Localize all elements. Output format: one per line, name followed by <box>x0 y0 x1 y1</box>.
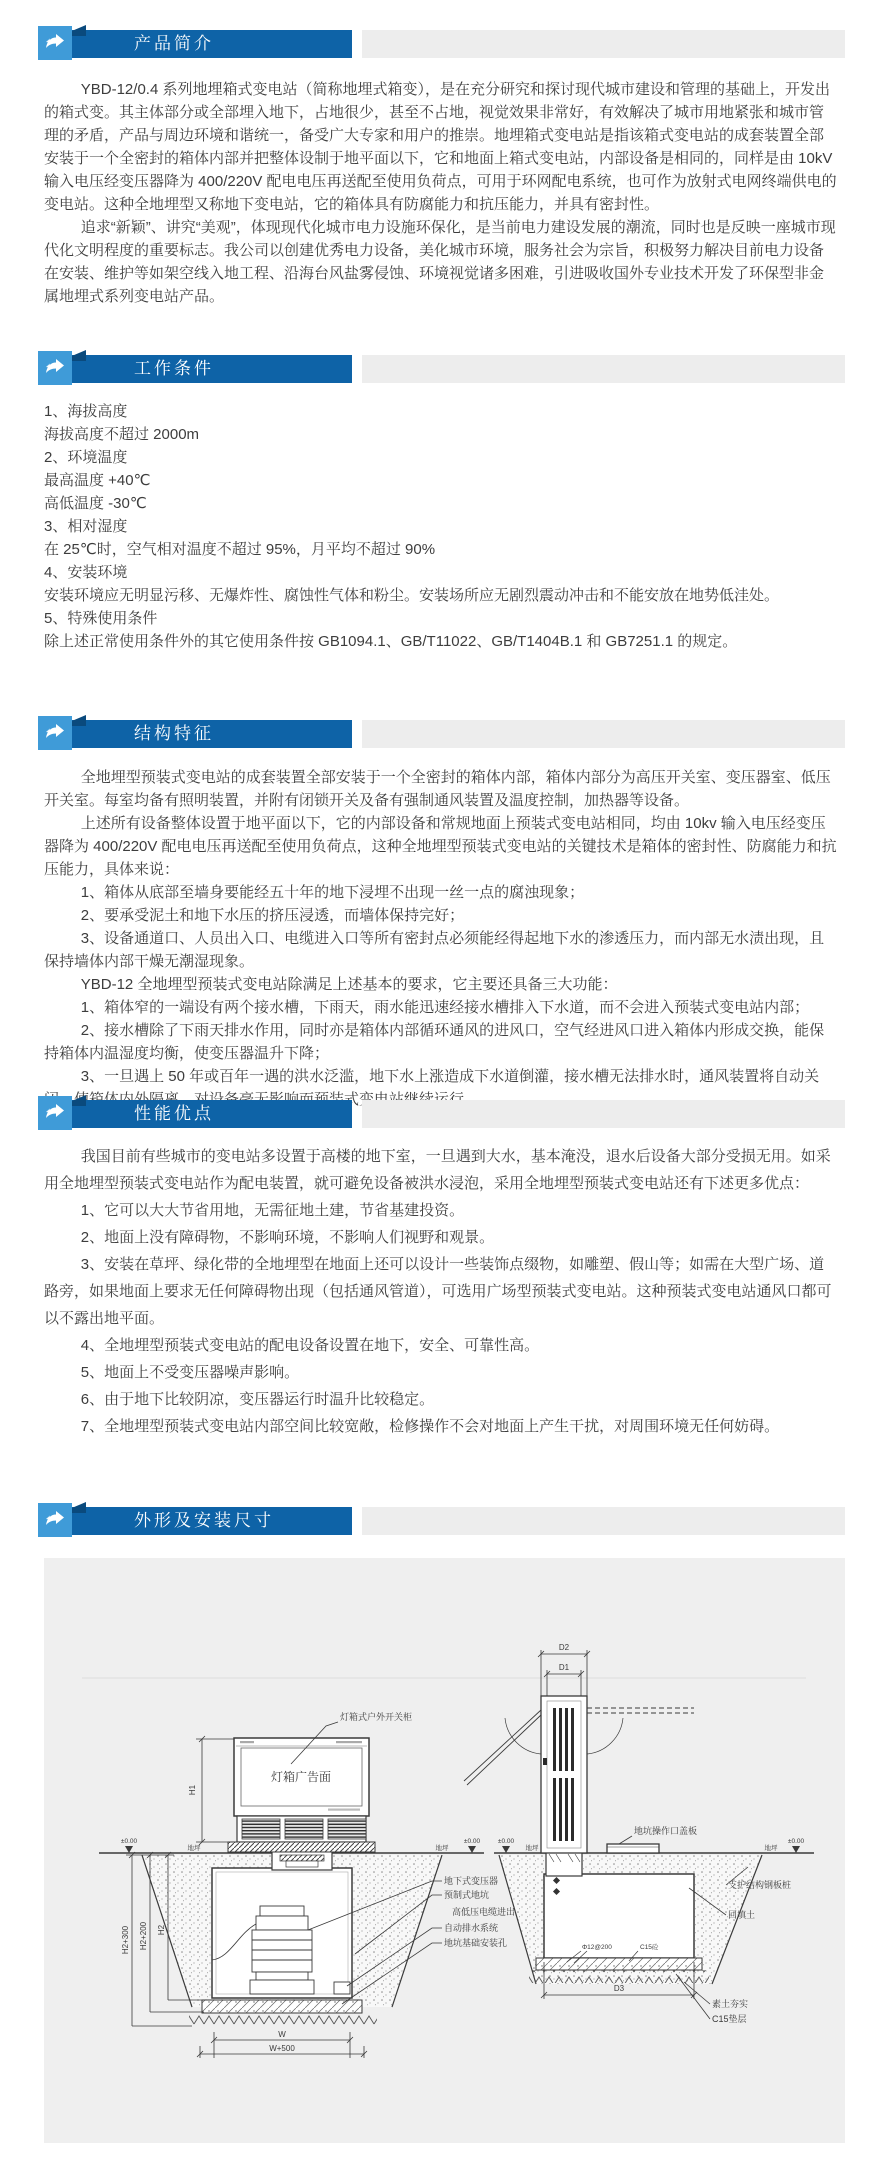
condition-line: 安装环境应无明显污移、无爆炸性、腐蚀性气体和粉尘。安装场所应无剧烈震动冲击和不能… <box>44 584 838 607</box>
installation-diagram: 灯箱式户外开关柜 灯箱广告面 H1 H2+300 H2+200 H2 W W+5… <box>44 1558 845 2143</box>
section-dimensions: 外形及安装尺寸 <box>0 1507 881 2147</box>
diagram-panel: 灯箱式户外开关柜 灯箱广告面 H1 H2+300 H2+200 H2 W W+5… <box>44 1558 845 2143</box>
dim-d3: D3 <box>614 1984 625 1993</box>
section-intro: 产品简介 YBD-12/0.4 系列地埋箱式变电站（简称地埋式箱变），是在充分研… <box>0 30 881 308</box>
condition-line: 在 25℃时，空气相对温度不超过 95%，月平均不超过 90% <box>44 538 838 561</box>
structure-paragraph: 2、要承受泥土和地下水压的挤压浸透，而墙体保持完好； <box>44 904 838 927</box>
label-steel-sheet-pile: 支护结构钢板桩 <box>728 1879 791 1890</box>
condition-line: 1、海拔高度 <box>44 400 838 423</box>
advantage-item: 2、地面上没有障碍物，不影响环境，不影响人们视野和观景。 <box>44 1224 838 1251</box>
advantage-item: 4、全地埋型预装式变电站的配电设备设置在地下，安全、可靠性高。 <box>44 1332 838 1359</box>
forward-arrows-icon <box>38 26 72 60</box>
dim-h1: H1 <box>188 1784 197 1795</box>
advantage-item: 6、由于地下比较阴凉，变压器运行时温升比较稳定。 <box>44 1386 838 1413</box>
section-title-bar: 结构特征 <box>72 720 352 748</box>
ground-level-mark: ±0.00 <box>464 1838 481 1845</box>
section-advantages: 性能优点 我国目前有些城市的变电站多设置于高楼的地下室，一旦遇到大水，基本淹没，… <box>0 1100 881 1440</box>
dim-h2: H2 <box>157 1924 166 1935</box>
condition-line: 2、环境温度 <box>44 446 838 469</box>
structure-paragraph: 2、接水槽除了下雨天排水作用，同时亦是箱体内部循环通风的进风口，空气经进风口进入… <box>44 1019 838 1065</box>
section-title: 产品简介 <box>134 30 214 58</box>
advantage-paragraph: 我国目前有些城市的变电站多设置于高楼的地下室，一旦遇到大水，基本淹没，退水后设备… <box>44 1143 838 1197</box>
label-lightbox-switchgear: 灯箱式户外开关柜 <box>340 1711 412 1722</box>
condition-line: 最高温度 +40℃ <box>44 469 838 492</box>
label-auto-drainage: 自动排水系统 <box>444 1922 498 1933</box>
ground-level-mark: ±0.00 <box>121 1838 138 1845</box>
section-header-conditions: 工作条件 <box>0 355 881 383</box>
advantage-item: 3、安装在草坪、绿化带的全地埋型在地面上还可以设计一些装饰点缀物，如雕塑、假山等… <box>44 1251 838 1332</box>
label-concrete: C15砼 <box>640 1942 659 1951</box>
header-strip <box>362 720 845 748</box>
section-header-dimensions: 外形及安装尺寸 <box>0 1507 881 1535</box>
structure-paragraph: 3、设备通道口、人员出入口、电缆进入口等所有密封点必须能经得起地下水的渗透压力，… <box>44 927 838 973</box>
structure-paragraph: 全地埋型预装式变电站的成套装置全部安装于一个全密封的箱体内部，箱体内部分为高压开… <box>44 766 838 812</box>
header-strip <box>362 1507 845 1535</box>
section-header-intro: 产品简介 <box>0 30 881 58</box>
section-title: 工作条件 <box>134 355 214 383</box>
dim-d1: D1 <box>559 1663 570 1672</box>
structure-paragraph: 上述所有设备整体设置于地平面以下，它的内部设备和常规地面上预装式变电站相同，均由… <box>44 812 838 881</box>
dim-d2: D2 <box>559 1643 570 1652</box>
right-cross-section <box>464 1696 814 1984</box>
header-strip <box>362 1100 845 1128</box>
structure-paragraph: 1、箱体窄的一端设有两个接水槽，下雨天，雨水能迅速经接水槽排入下水道，而不会进入… <box>44 996 838 1019</box>
ground-level-mark: ±0.00 <box>498 1838 515 1845</box>
label-pit-cover: 地坑操作口盖板 <box>634 1825 697 1836</box>
condition-line: 3、相对湿度 <box>44 515 838 538</box>
label-rebar: Φ12@200 <box>582 1944 612 1951</box>
structure-paragraph: 1、箱体从底部至墙身要能经五十年的地下浸埋不出现一丝一点的腐浊现象； <box>44 881 838 904</box>
label-lightbox-face: 灯箱广告面 <box>271 1769 331 1784</box>
label-foundation-holes: 地坑基础安装孔 <box>444 1937 507 1948</box>
section-conditions: 工作条件 1、海拔高度 海拔高度不超过 2000m 2、环境温度 最高温度 +4… <box>0 355 881 653</box>
section-title-bar: 性能优点 <box>72 1100 352 1128</box>
label-prefab-pit: 预制式地坑 <box>444 1889 489 1900</box>
ground-level-mark: ±0.00 <box>788 1838 805 1845</box>
condition-line: 海拔高度不超过 2000m <box>44 423 838 446</box>
ground-text: 地坪 <box>188 1843 202 1852</box>
label-underground-transformer: 地下式变压器 <box>444 1875 498 1886</box>
section-title: 性能优点 <box>134 1100 214 1128</box>
section-title-bar: 产品简介 <box>72 30 352 58</box>
section-title-bar: 工作条件 <box>72 355 352 383</box>
condition-line: 除上述正常使用条件外的其它使用条件按 GB1094.1、GB/T11022、GB… <box>44 630 838 653</box>
advantage-item: 1、它可以大大节省用地，无需征地土建，节省基建投资。 <box>44 1197 838 1224</box>
section-header-structure: 结构特征 <box>0 720 881 748</box>
advantage-item: 7、全地埋型预装式变电站内部空间比较宽敞，检修操作不会对地面上产生干扰，对周围环… <box>44 1413 838 1440</box>
section-title: 外形及安装尺寸 <box>134 1507 274 1535</box>
header-strip <box>362 30 845 58</box>
forward-arrows-icon <box>38 1503 72 1537</box>
ground-text: 地坪 <box>765 1843 779 1852</box>
section-structure: 结构特征 全地埋型预装式变电站的成套装置全部安装于一个全密封的箱体内部，箱体内部… <box>0 720 881 1111</box>
label-c15-cushion: C15垫层 <box>712 2013 747 2024</box>
dim-h2-300: H2+300 <box>121 1925 130 1954</box>
forward-arrows-icon <box>38 351 72 385</box>
section-title-bar: 外形及安装尺寸 <box>72 1507 352 1535</box>
label-compacted-soil: 素土夯实 <box>712 1998 748 2009</box>
ground-text: 地坪 <box>436 1843 450 1852</box>
forward-arrows-icon <box>38 1096 72 1130</box>
intro-paragraph: YBD-12/0.4 系列地埋箱式变电站（简称地埋式箱变），是在充分研究和探讨现… <box>44 78 838 216</box>
dim-h2-200: H2+200 <box>139 1921 148 1950</box>
forward-arrows-icon <box>38 716 72 750</box>
section-title: 结构特征 <box>134 720 214 748</box>
condition-line: 5、特殊使用条件 <box>44 607 838 630</box>
advantage-item: 5、地面上不受变压器噪声影响。 <box>44 1359 838 1386</box>
ground-text: 地坪 <box>526 1843 540 1852</box>
structure-paragraph: YBD-12 全地埋型预装式变电站除满足上述基本的要求，它主要还具备三大功能： <box>44 973 838 996</box>
label-backfill-soil: 回填土 <box>728 1909 755 1920</box>
condition-line: 高低温度 -30℃ <box>44 492 838 515</box>
header-strip <box>362 355 845 383</box>
intro-paragraph: 追求“新颖”、讲究“美观”，体现现代化城市电力设施环保化，是当前电力建设发展的潮… <box>44 216 838 308</box>
dim-w: W <box>278 2030 286 2039</box>
section-header-advantages: 性能优点 <box>0 1100 881 1128</box>
dim-w500: W+500 <box>269 2044 295 2053</box>
condition-line: 4、安装环境 <box>44 561 838 584</box>
